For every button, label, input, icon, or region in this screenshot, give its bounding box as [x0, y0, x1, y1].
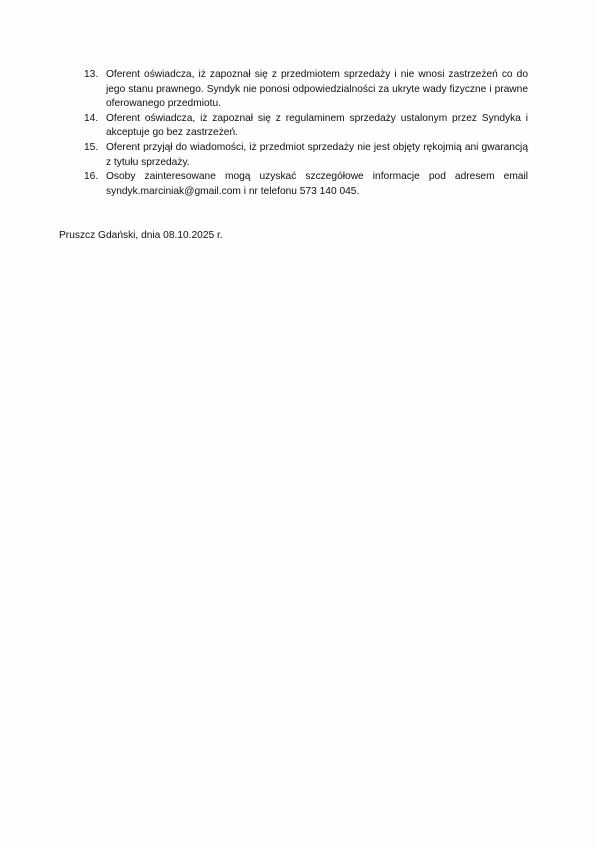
- conditions-list: 13. Oferent oświadcza, iż zapoznał się z…: [84, 68, 528, 199]
- document-page: 13. Oferent oświadcza, iż zapoznał się z…: [0, 0, 596, 847]
- item-number: 15.: [84, 141, 98, 156]
- list-item: 16. Osoby zainteresowane mogą uzyskać sz…: [84, 170, 528, 199]
- item-text: Oferent oświadcza, iż zapoznał się z prz…: [106, 68, 528, 112]
- item-number: 14.: [84, 112, 98, 127]
- item-text: Oferent przyjął do wiadomości, iż przedm…: [106, 141, 528, 170]
- item-number: 13.: [84, 68, 98, 83]
- list-item: 14. Oferent oświadcza, iż zapoznał się z…: [84, 112, 528, 141]
- list-item: 15. Oferent przyjął do wiadomości, iż pr…: [84, 141, 528, 170]
- list-item: 13. Oferent oświadcza, iż zapoznał się z…: [84, 68, 528, 112]
- item-number: 16.: [84, 170, 98, 185]
- item-text: Oferent oświadcza, iż zapoznał się z reg…: [106, 112, 528, 141]
- item-text: Osoby zainteresowane mogą uzyskać szczeg…: [106, 170, 528, 199]
- place-and-date: Pruszcz Gdański, dnia 08.10.2025 r.: [59, 229, 223, 243]
